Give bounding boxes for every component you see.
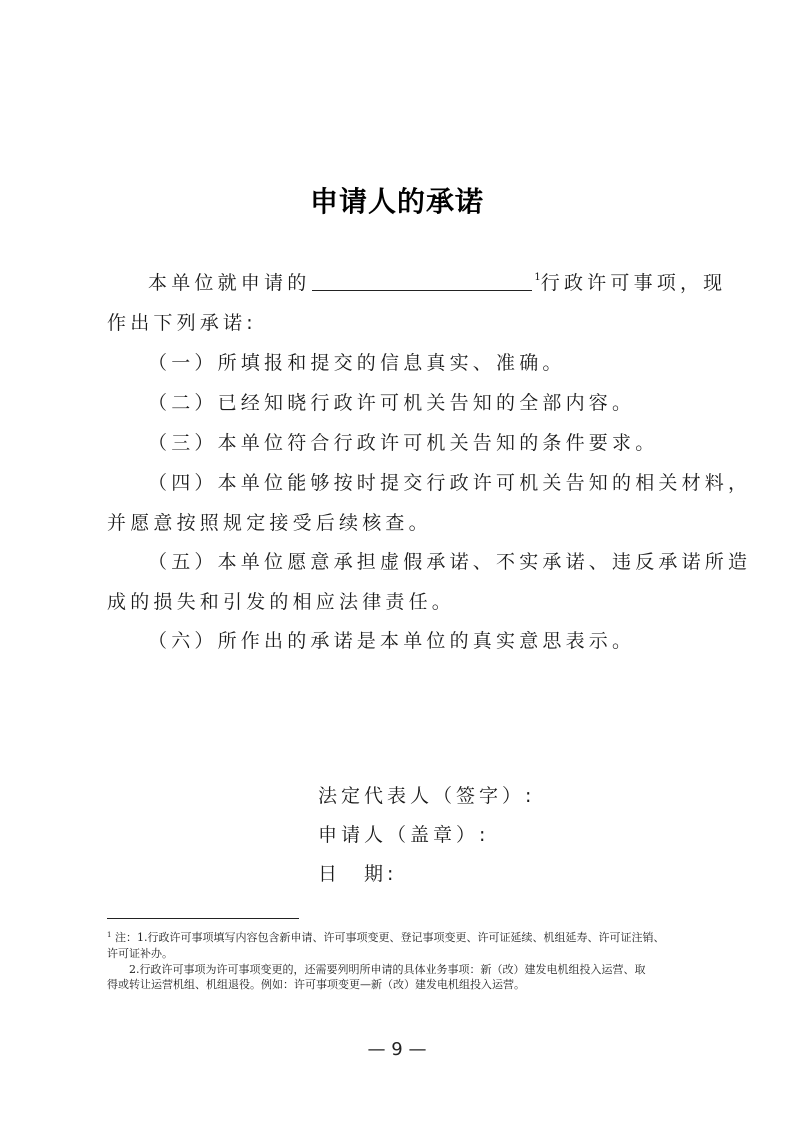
legal-rep-signature-field: 法定代表人（签字）: <box>318 781 535 808</box>
commitment-item-3: （三）本单位符合行政许可机关告知的条件要求。 <box>148 428 658 455</box>
footnote-divider <box>107 918 299 919</box>
page-number: — 9 — <box>0 1039 794 1060</box>
commitment-item-1: （一）所填报和提交的信息真实、准确。 <box>148 348 566 375</box>
commitment-item-5-cont: 成的损失和引发的相应法律责任。 <box>107 587 455 614</box>
intro-line-2: 作出下列承诺: <box>107 308 257 335</box>
application-item-blank[interactable] <box>312 270 532 291</box>
applicant-seal-field: 申请人（盖章）: <box>318 820 489 847</box>
intro-text-start: 本单位就申请的 <box>148 272 310 294</box>
page-title: 申请人的承诺 <box>0 180 794 220</box>
footnote-line-4: 得或转让运营机组、机组退役。例如：许可事项变更—新（改）建发电机组投入运营。 <box>107 976 525 992</box>
footnote-text-1: 注：1.行政许可事项填写内容包含新申请、许可事项变更、登记事项变更、许可证延续、… <box>111 931 664 944</box>
commitment-item-5: （五）本单位愿意承担虚假承诺、不实承诺、违反承诺所造 <box>148 547 751 574</box>
commitment-item-2: （二）已经知晓行政许可机关告知的全部内容。 <box>148 388 635 415</box>
intro-line-1: 本单位就申请的1行政许可事项，现 <box>148 268 726 295</box>
footnote-line-3: 2.行政许可事项为许可事项变更的，还需要列明所申请的具体业务事项：新（改）建发电… <box>107 961 646 977</box>
intro-text-end: 行政许可事项，现 <box>541 272 727 294</box>
date-field: 日 期: <box>318 859 397 886</box>
commitment-item-4-cont: 并愿意按照规定接受后续核查。 <box>107 508 432 535</box>
footnote-line-1: 1 注：1.行政许可事项填写内容包含新申请、许可事项变更、登记事项变更、许可证延… <box>107 929 664 945</box>
commitment-item-6: （六）所作出的承诺是本单位的真实意思表示。 <box>148 626 635 653</box>
commitment-item-4: （四）本单位能够按时提交行政许可机关告知的相关材料， <box>148 468 751 495</box>
footnote-line-2: 许可证补办。 <box>107 945 173 961</box>
